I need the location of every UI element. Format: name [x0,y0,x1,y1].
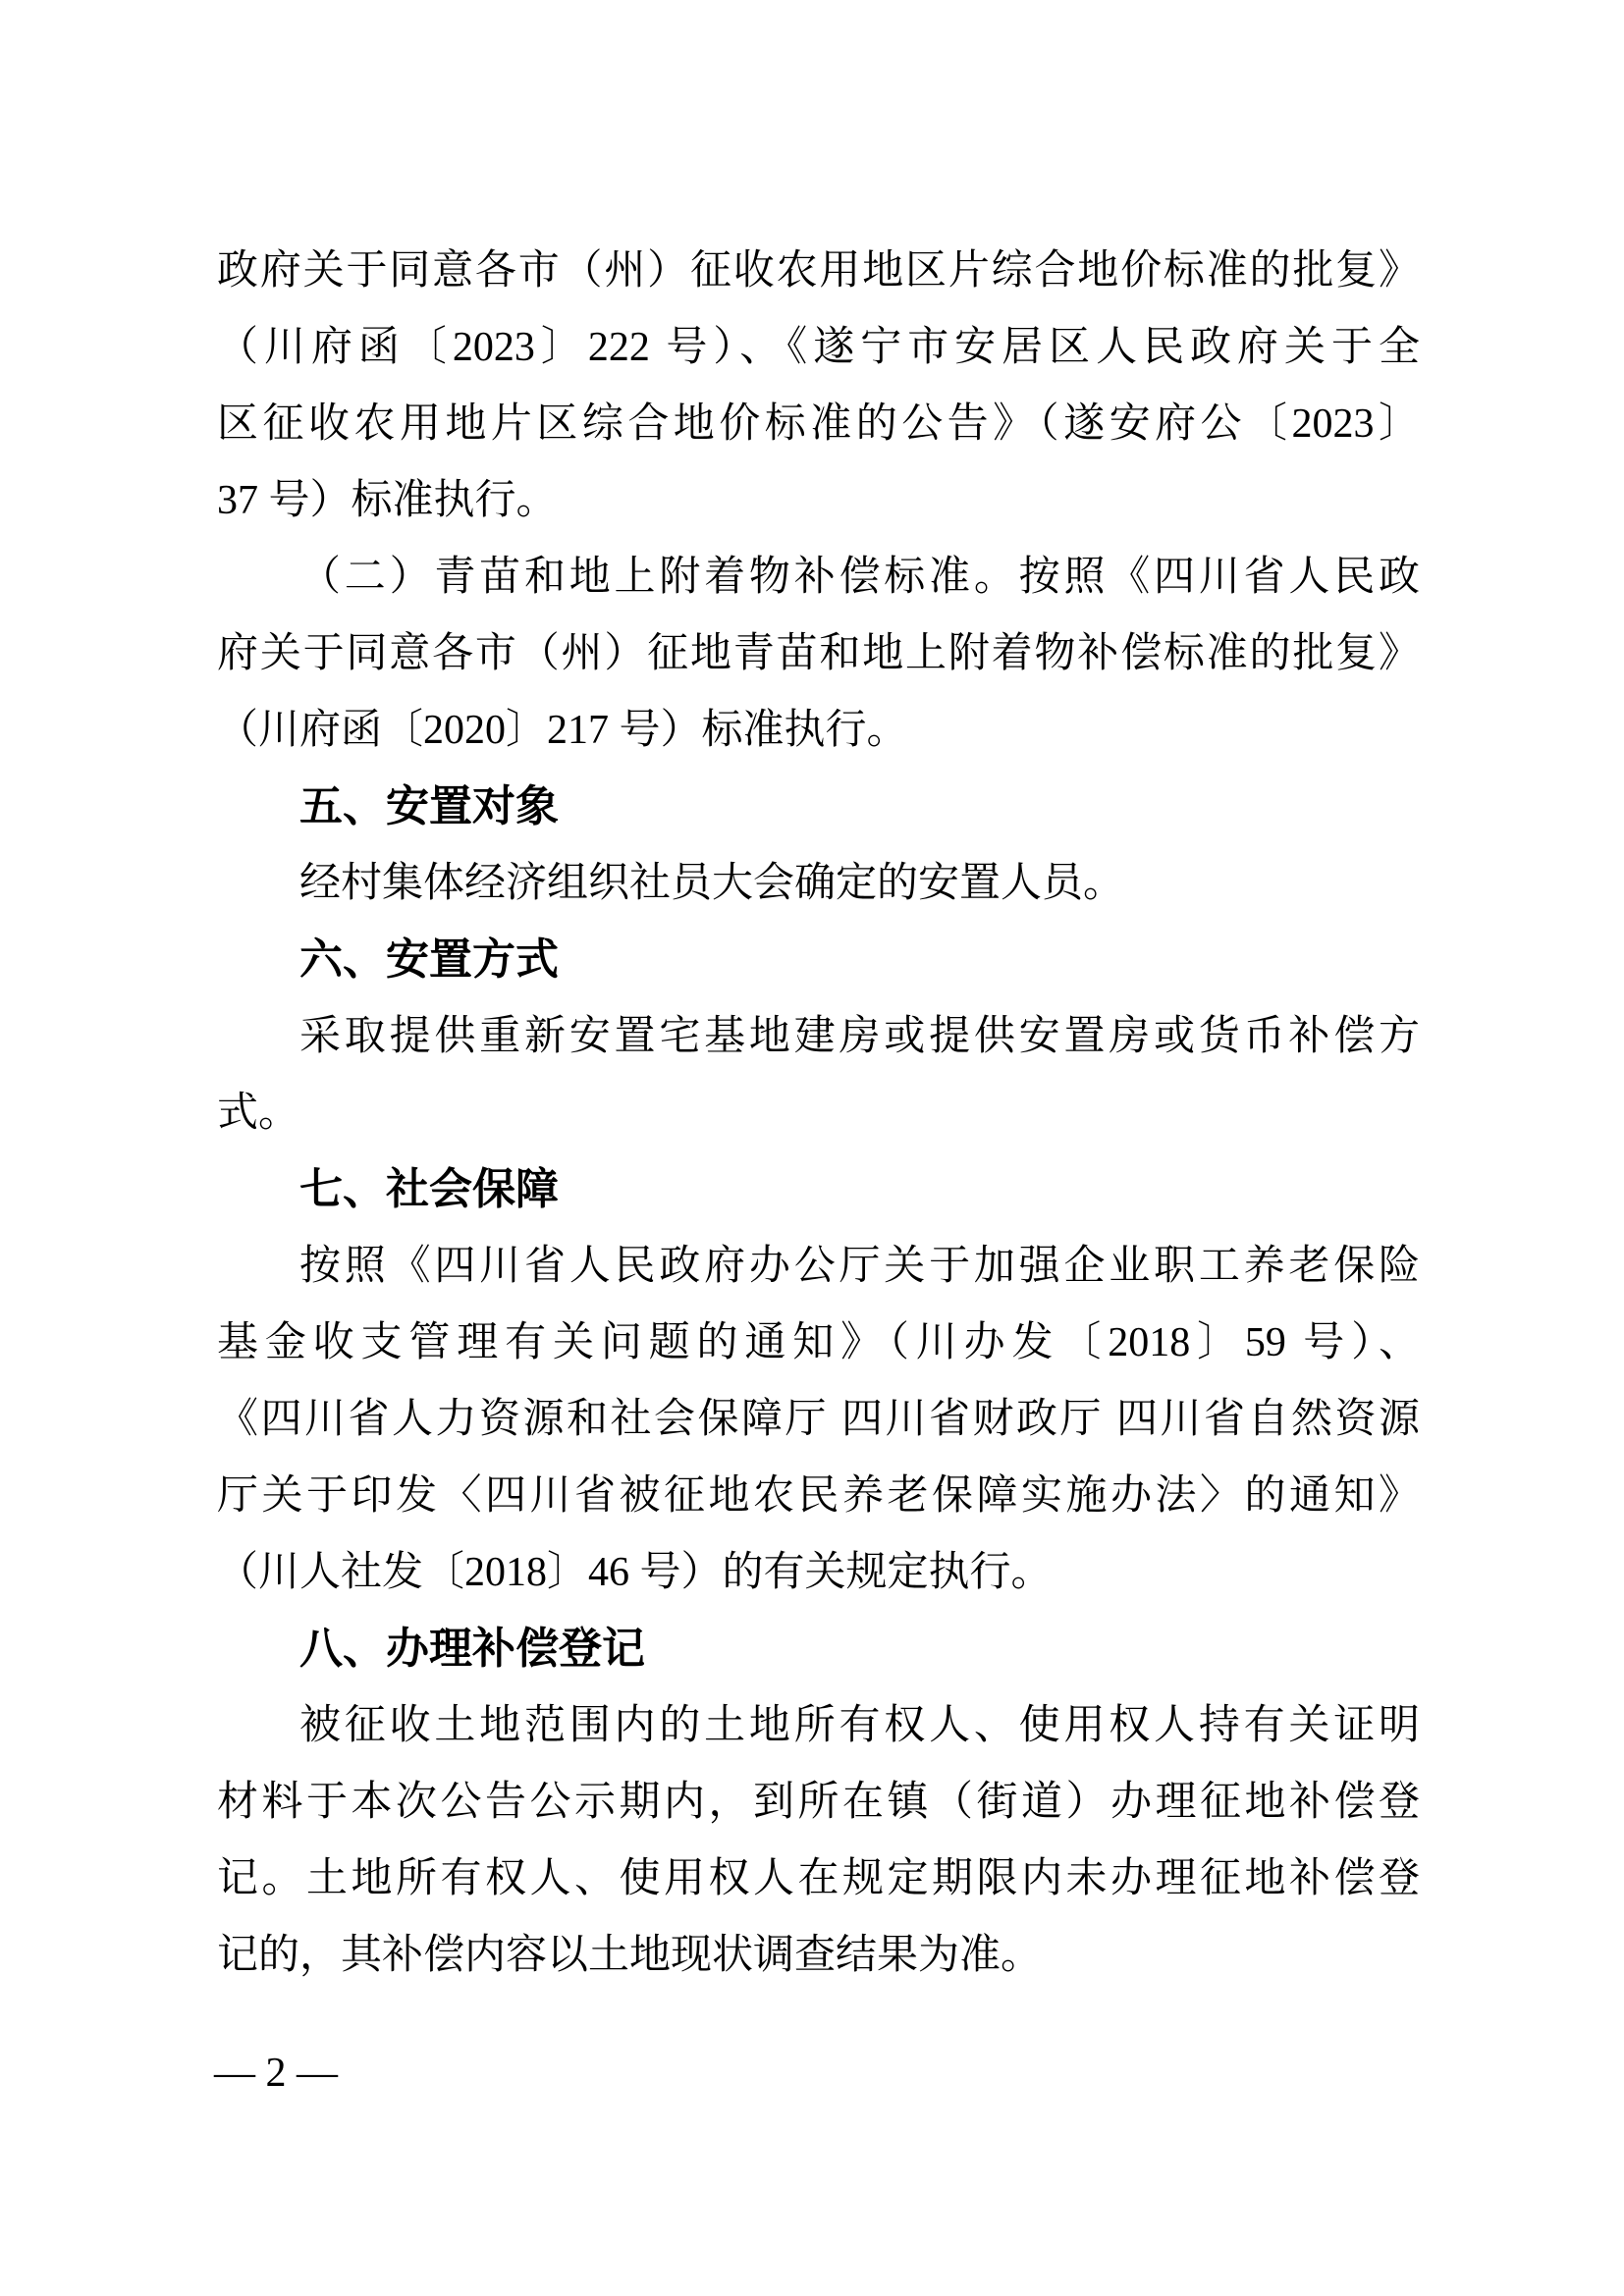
section-heading: 五、安置对象 [217,769,1420,845]
text-line: 式。 [217,1075,1420,1151]
page-number: — 2 — [214,2044,338,2103]
section-heading: 六、安置方式 [217,922,1420,998]
document-page: 政府关于同意各市（州）征收农用地区片综合地价标准的批复》（川府函〔2023〕22… [0,0,1624,2296]
text-line: （川府函〔2020〕217 号）标准执行。 [217,692,1420,769]
text-line: 厅关于印发〈四川省被征地农民养老保障实施办法〉的通知》 [217,1458,1420,1534]
text-line: 经村集体经济组织社员大会确定的安置人员。 [217,845,1420,922]
text-line: 材料于本次公告公示期内，到所在镇（街道）办理征地补偿登 [217,1764,1420,1841]
text-line: （二）青苗和地上附着物补偿标准。按照《四川省人民政 [217,539,1420,615]
text-line: （川人社发〔2018〕46 号）的有关规定执行。 [217,1534,1420,1611]
text-line: 基金收支管理有关问题的通知》（川办发〔2018〕59 号）、 [217,1305,1420,1381]
text-line: 37 号）标准执行。 [217,462,1420,539]
text-line: （川府函〔2023〕222 号）、《遂宁市安居区人民政府关于全 [217,309,1420,386]
text-line: 被征收土地范围内的土地所有权人、使用权人持有关证明 [217,1687,1420,1764]
text-line: 府关于同意各市（州）征地青苗和地上附着物补偿标准的批复》 [217,615,1420,692]
text-line: 采取提供重新安置宅基地建房或提供安置房或货币补偿方 [217,998,1420,1075]
text-line: 记。土地所有权人、使用权人在规定期限内未办理征地补偿登 [217,1841,1420,1917]
text-line: 按照《四川省人民政府办公厅关于加强企业职工养老保险 [217,1228,1420,1305]
text-line: 区征收农用地片区综合地价标准的公告》（遂安府公〔2023〕 [217,386,1420,462]
document-body: 政府关于同意各市（州）征收农用地区片综合地价标准的批复》（川府函〔2023〕22… [217,233,1420,1994]
text-line: 政府关于同意各市（州）征收农用地区片综合地价标准的批复》 [217,233,1420,309]
section-heading: 七、社会保障 [217,1151,1420,1228]
text-line: 《四川省人力资源和社会保障厅 四川省财政厅 四川省自然资源 [217,1381,1420,1458]
text-line: 记的，其补偿内容以土地现状调查结果为准。 [217,1917,1420,1994]
section-heading: 八、办理补偿登记 [217,1611,1420,1687]
